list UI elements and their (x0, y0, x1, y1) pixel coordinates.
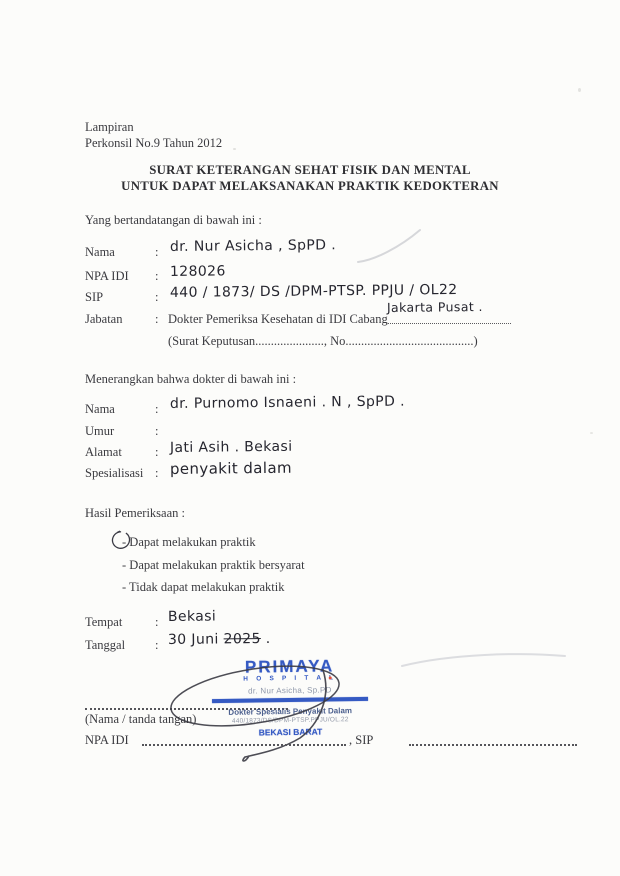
colon: : (155, 402, 158, 417)
surat-keputusan-line: (Surat Keputusan......................, … (168, 334, 478, 349)
scan-smudge (340, 222, 430, 267)
tanggal-year-struck: 2025 (224, 631, 261, 647)
signature-scribble (160, 650, 420, 790)
doctor-nama-label: Nama (85, 402, 115, 417)
tanggal-value: 30 Juni 2025 . (168, 631, 271, 648)
scan-speck (590, 432, 593, 434)
hasil-option-1: - Dapat melakukan praktik (122, 535, 256, 550)
doctor-umur-label: Umur (85, 424, 114, 439)
signer-nama-value: dr. Nur Asicha , SpPD . (170, 237, 336, 255)
colon: : (155, 312, 158, 327)
tanggal-label: Tanggal (85, 638, 125, 653)
doctor-spesialisasi-value: penyakit dalam (170, 459, 292, 478)
jabatan-label: Jabatan (85, 312, 122, 327)
doctor-spesialisasi-label: Spesialisasi (85, 466, 143, 481)
hasil-heading: Hasil Pemeriksaan : (85, 506, 185, 521)
tanggal-day-month: 30 Juni (168, 631, 219, 648)
footer-sip-label: , SIP (349, 733, 373, 748)
colon: : (155, 638, 158, 653)
colon: : (155, 245, 158, 260)
scan-smudge (400, 648, 570, 673)
signer-nama-label: Nama (85, 245, 115, 260)
signer-sip-label: SIP (85, 290, 103, 305)
footer-npa-dotted-line (142, 733, 346, 746)
colon: : (155, 290, 158, 305)
tempat-value: Bekasi (168, 608, 216, 625)
footer-npa-label: NPA IDI (85, 733, 129, 748)
colon: : (155, 269, 158, 284)
signer-sip-value: 440 / 1873/ DS /DPM-PTSP. PPJU / OL22 (170, 282, 458, 301)
colon: : (155, 615, 158, 630)
scan-speck (233, 148, 236, 150)
signer-npa-value: 128026 (170, 263, 226, 280)
jabatan-handwritten-value: Jakarta Pusat . (387, 299, 483, 315)
option-selected-circle (110, 529, 132, 551)
footer-sip-dotted-line (409, 733, 577, 746)
colon: : (155, 445, 158, 460)
scan-speck (578, 88, 581, 92)
intro-doctor-text: Menerangkan bahwa dokter di bawah ini : (85, 372, 296, 387)
intro-signer-text: Yang bertandatangan di bawah ini : (85, 213, 262, 228)
doctor-nama-value: dr. Purnomo Isnaeni . N , SpPD . (170, 394, 405, 412)
doctor-alamat-value: Jati Asih . Bekasi (170, 439, 293, 456)
jabatan-value: Dokter Pemeriksa Kesehatan di IDI Cabang (168, 312, 388, 327)
document-title-line2: UNTUK DAPAT MELAKSANAKAN PRAKTIK KEDOKTE… (0, 179, 620, 194)
signer-npa-label: NPA IDI (85, 269, 129, 284)
colon: : (155, 466, 158, 481)
signature-caption: (Nama / tanda tangan) (85, 712, 196, 727)
hasil-option-3: - Tidak dapat melakukan praktik (122, 580, 284, 595)
colon: : (155, 424, 158, 439)
tanggal-period: . (266, 631, 271, 647)
doctor-alamat-label: Alamat (85, 445, 122, 460)
hasil-option-2: - Dapat melakukan praktik bersyarat (122, 558, 305, 573)
scanned-document-page: Lampiran Perkonsil No.9 Tahun 2012 SURAT… (0, 0, 620, 876)
perkonsil-label: Perkonsil No.9 Tahun 2012 (85, 136, 222, 151)
document-title-line1: SURAT KETERANGAN SEHAT FISIK DAN MENTAL (0, 163, 620, 178)
tempat-label: Tempat (85, 615, 122, 630)
lampiran-label: Lampiran (85, 120, 134, 135)
